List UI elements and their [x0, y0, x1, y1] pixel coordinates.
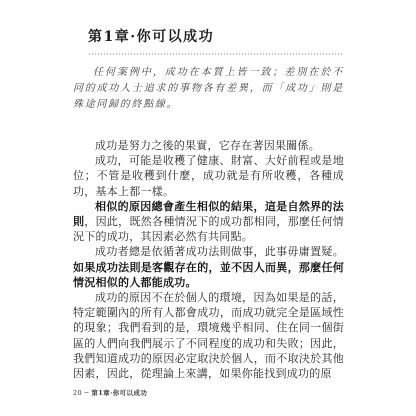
page-number: 20	[73, 389, 82, 397]
page-content: 第1章·你可以成功 任何案例中，成功在本質上皆一致；差別在於不同的成功人士追求的…	[73, 26, 344, 381]
text-segment: 成功者總是依循著成功法則做事，此事毋庸置疑。	[95, 245, 344, 258]
body-text: 成功是努力之後的果實，它存在著因果關係。 成功，可能是收穫了健康、財富、大好前程…	[73, 138, 344, 381]
text-segment: 成功，可能是收穫了健康、財富、大好前程或是地位；不管是收穫到什麼，成功就是有所收…	[73, 154, 344, 197]
page-footer: 20 ─ 第1章·你可以成功	[73, 388, 147, 397]
book-page: 第1章·你可以成功 任何案例中，成功在本質上皆一致；差別在於不同的成功人士追求的…	[0, 0, 416, 416]
dotted-divider	[88, 53, 344, 55]
text-segment: 成功的原因不在於個人的環境，因為如果是的話，特定範圍內的所有人都會成功，而成功就…	[73, 291, 344, 380]
chapter-title: 第1章·你可以成功	[88, 26, 344, 46]
text-segment: ，因此，既然各種情況下的成功都相同，那麼任何情況下的成功，其因素必然有共同點。	[73, 215, 344, 243]
epigraph-block: 任何案例中，成功在本質上皆一致；差別在於不同的成功人士追求的事物各有差異，而「成…	[73, 65, 344, 113]
paragraph: 成功者總是依循著成功法則做事，此事毋庸置疑。如果成功法則是客觀存在的，並不因人而…	[73, 244, 344, 290]
paragraph: 相似的原因總會產生相似的結果，這是自然界的法則，因此，既然各種情況下的成功都相同…	[73, 199, 344, 245]
footer-separator: ─	[85, 389, 89, 397]
paragraph: 成功的原因不在於個人的環境，因為如果是的話，特定範圍內的所有人都會成功，而成功就…	[73, 290, 344, 381]
epigraph-text: 任何案例中，成功在本質上皆一致；差別在於不同的成功人士追求的事物各有差異，而「成…	[73, 65, 344, 113]
footer-chapter-title: 第1章·你可以成功	[91, 389, 147, 397]
paragraph: 成功，可能是收穫了健康、財富、大好前程或是地位；不管是收穫到什麼，成功就是有所收…	[73, 153, 344, 199]
paragraph: 成功是努力之後的果實，它存在著因果關係。	[73, 138, 344, 153]
text-segment: 成功是努力之後的果實，它存在著因果關係。	[95, 139, 320, 152]
text-segment-bold: 如果成功法則是客觀存在的，並不因人而異，那麼任何情況相似的人都能成功。	[73, 261, 344, 289]
